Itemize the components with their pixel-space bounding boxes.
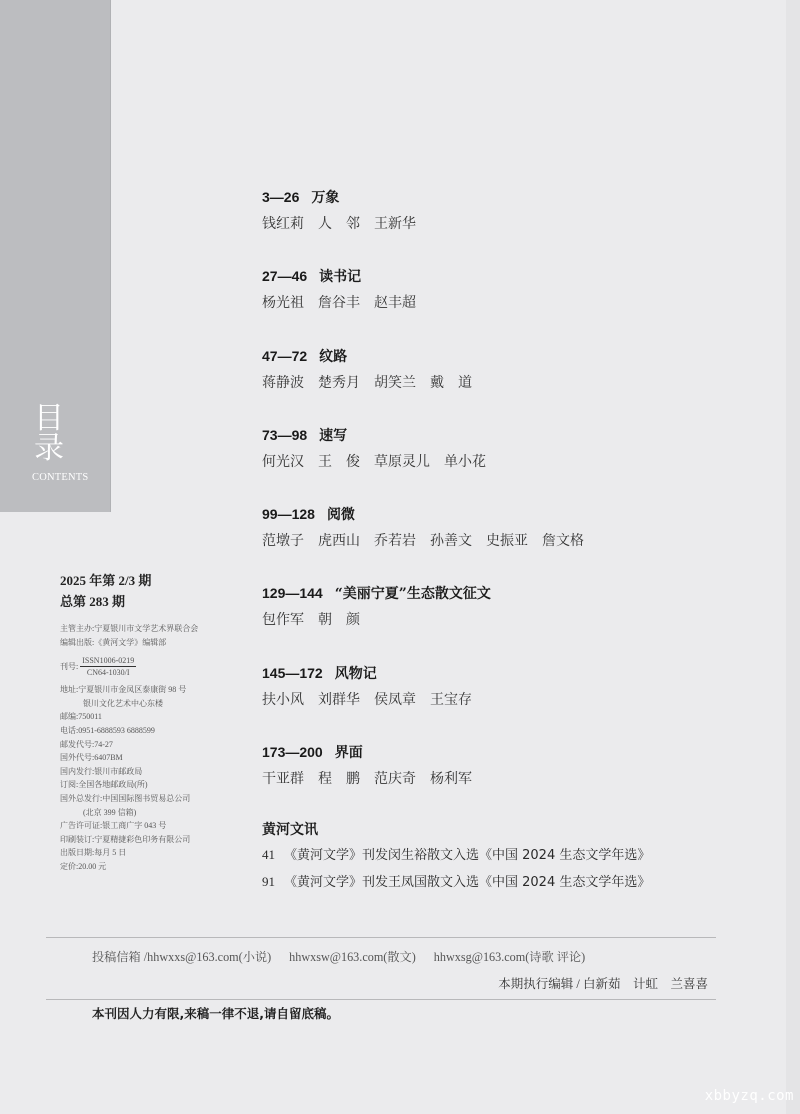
author: 人 邻 [318, 216, 360, 232]
toc-section[interactable]: 47—72纹路 蒋静波楚秀月胡笑兰戴 道 [262, 345, 722, 424]
section-pages: 27—46 [262, 268, 307, 284]
author: 胡笑兰 [374, 375, 416, 391]
news-page: 41 [262, 842, 284, 868]
author: 蒋静波 [262, 375, 304, 391]
news-item[interactable]: 41《黄河文学》刊发闵生裕散文入选《中国 2024 生态文学年选》 [262, 842, 722, 869]
info-domestic-dist: 国内发行:银川市邮政局 [60, 765, 240, 779]
author: 詹谷丰 [318, 295, 360, 311]
toc-section[interactable]: 27—46读书记 杨光祖詹谷丰赵丰超 [262, 265, 722, 344]
author: 草原灵儿 [374, 454, 430, 470]
author: 干亚群 [262, 771, 304, 787]
contents-label: CONTENTS [32, 472, 88, 483]
section-authors: 钱红莉人 邻王新华 [262, 211, 722, 237]
section-pages: 73—98 [262, 427, 307, 443]
news-item[interactable]: 91《黄河文学》刊发王凤国散文入选《中国 2024 生态文学年选》 [262, 869, 722, 896]
issue-total: 总第 283 期 [60, 591, 151, 612]
info-postcode: 邮编:750011 [60, 710, 240, 724]
section-pages: 99—128 [262, 506, 315, 522]
section-authors: 包作军朝 颜 [262, 607, 722, 633]
section-title: 风物记 [335, 666, 377, 682]
author: 孙善文 [430, 533, 472, 549]
info-pub-date: 出版日期:每月 5 日 [60, 846, 240, 860]
contents-side-band: 目 录 CONTENTS [0, 0, 111, 512]
section-pages: 173—200 [262, 744, 323, 760]
section-pages: 47—72 [262, 348, 307, 364]
section-title: 速写 [319, 428, 347, 444]
section-authors: 杨光祖詹谷丰赵丰超 [262, 290, 722, 316]
author: 范庆奇 [374, 771, 416, 787]
page-edge-strip [786, 0, 800, 1114]
info-address-2: 银川文化艺术中心东楼 [60, 697, 240, 711]
section-authors: 干亚群程 鹏范庆奇杨利军 [262, 766, 722, 792]
toc-section[interactable]: 99—128阅微 范墩子虎西山乔若岩孙善文史振亚詹文格 [262, 503, 722, 582]
news-title: 黄河文讯 [262, 818, 722, 842]
submission-notice: 本刊因人力有限,来稿一律不退,请自留底稿。 [92, 1004, 339, 1024]
author: 楚秀月 [318, 375, 360, 391]
author: 钱红莉 [262, 216, 304, 232]
info-foreign-dist-2: (北京 399 信箱) [60, 806, 240, 820]
info-publisher: 编辑出版:《黄河文学》编辑部 [60, 636, 240, 650]
divider [46, 999, 716, 1000]
toc-section[interactable]: 173—200界面 干亚群程 鹏范庆奇杨利军 [262, 741, 722, 820]
author: 史振亚 [486, 533, 528, 549]
submission-mailboxes: 投稿信箱 /hhwxxs@163.com(小说)hhwxsw@163.com(散… [92, 947, 603, 967]
section-authors: 范墩子虎西山乔若岩孙善文史振亚詹文格 [262, 528, 722, 554]
author: 赵丰超 [374, 295, 416, 311]
info-foreign-code: 国外代号:6407BM [60, 751, 240, 765]
author: 侯凤章 [374, 692, 416, 708]
issn-label: 刊号: [60, 660, 78, 674]
toc-section[interactable]: 129—144“美丽宁夏”生态散文征文 包作军朝 颜 [262, 582, 722, 661]
news-section: 黄河文讯 41《黄河文学》刊发闵生裕散文入选《中国 2024 生态文学年选》 9… [262, 818, 722, 896]
info-address: 地址:宁夏银川市金凤区泰康街 98 号 [60, 683, 240, 697]
author: 范墩子 [262, 533, 304, 549]
divider [46, 937, 716, 938]
section-title: 界面 [335, 745, 363, 761]
section-pages: 145—172 [262, 665, 323, 681]
publication-info: 主管主办:宁夏银川市文学艺术界联合会 编辑出版:《黄河文学》编辑部 刊号: IS… [60, 622, 240, 874]
section-pages: 3—26 [262, 189, 299, 205]
author: 王宝存 [430, 692, 472, 708]
section-pages: 129—144 [262, 585, 323, 601]
issue-info: 2025 年第 2/3 期 总第 283 期 [60, 570, 151, 612]
issn-block: 刊号: ISSN1006-0219 CN64-1030/I [60, 655, 240, 678]
section-authors: 何光汉王 俊草原灵儿单小花 [262, 449, 722, 475]
news-text: 《黄河文学》刊发王凤国散文入选《中国 2024 生态文学年选》 [284, 875, 650, 890]
info-foreign-dist: 国外总发行:中国国际图书贸易总公司 [60, 792, 240, 806]
section-title: 读书记 [319, 269, 361, 285]
author: 王 俊 [318, 454, 360, 470]
table-of-contents: 3—26万象 钱红莉人 邻王新华 27—46读书记 杨光祖詹谷丰赵丰超 47—7… [262, 186, 722, 820]
info-printer: 印刷装订:宁夏精捷彩色印务有限公司 [60, 833, 240, 847]
author: 杨利军 [430, 771, 472, 787]
info-ad-license: 广告许可证:银工商广字 043 号 [60, 819, 240, 833]
info-postal-code: 邮发代号:74-27 [60, 738, 240, 752]
mailbox-prose[interactable]: hhwxsw@163.com(散文) [289, 950, 416, 964]
news-text: 《黄河文学》刊发闵生裕散文入选《中国 2024 生态文学年选》 [284, 848, 650, 863]
section-authors: 扶小风刘群华侯凤章王宝存 [262, 687, 722, 713]
author: 杨光祖 [262, 295, 304, 311]
author: 戴 道 [430, 375, 472, 391]
issn-number: ISSN1006-0219 [80, 655, 136, 667]
info-price: 定价:20.00 元 [60, 860, 240, 874]
issue-number: 2025 年第 2/3 期 [60, 570, 151, 591]
info-phone: 电话:0951-6888593 6888599 [60, 724, 240, 738]
cn-number: CN64-1030/I [87, 667, 130, 678]
news-page: 91 [262, 869, 284, 895]
section-authors: 蒋静波楚秀月胡笑兰戴 道 [262, 370, 722, 396]
author: 程 鹏 [318, 771, 360, 787]
toc-section[interactable]: 73—98速写 何光汉王 俊草原灵儿单小花 [262, 424, 722, 503]
section-title: 纹路 [319, 349, 347, 365]
section-title: 阅微 [327, 507, 355, 523]
toc-section[interactable]: 145—172风物记 扶小风刘群华侯凤章王宝存 [262, 662, 722, 741]
info-subscription: 订阅:全国各地邮政局(所) [60, 778, 240, 792]
author: 朝 颜 [318, 612, 360, 628]
issn-fraction: ISSN1006-0219 CN64-1030/I [80, 655, 136, 678]
mulu-char-lu: 录 [34, 434, 64, 464]
author: 乔若岩 [374, 533, 416, 549]
mailbox-poetry[interactable]: hhwxsg@163.com(诗歌 评论) [434, 950, 585, 964]
section-title: “美丽宁夏”生态散文征文 [335, 586, 491, 602]
author: 虎西山 [318, 533, 360, 549]
mulu-char-mu: 目 [34, 404, 64, 434]
issue-editors: 本期执行编辑 / 白新茹 计虹 兰喜喜 [498, 973, 708, 995]
author: 扶小风 [262, 692, 304, 708]
section-title: 万象 [311, 190, 339, 206]
author: 包作军 [262, 612, 304, 628]
toc-section[interactable]: 3—26万象 钱红莉人 邻王新华 [262, 186, 722, 265]
author: 何光汉 [262, 454, 304, 470]
watermark: xbbyzq.com [705, 1088, 794, 1104]
author: 刘群华 [318, 692, 360, 708]
info-supervisor: 主管主办:宁夏银川市文学艺术界联合会 [60, 622, 240, 636]
mailbox-fiction[interactable]: 投稿信箱 /hhwxxs@163.com(小说) [92, 950, 271, 964]
author: 詹文格 [542, 533, 584, 549]
author: 王新华 [374, 216, 416, 232]
author: 单小花 [444, 454, 486, 470]
